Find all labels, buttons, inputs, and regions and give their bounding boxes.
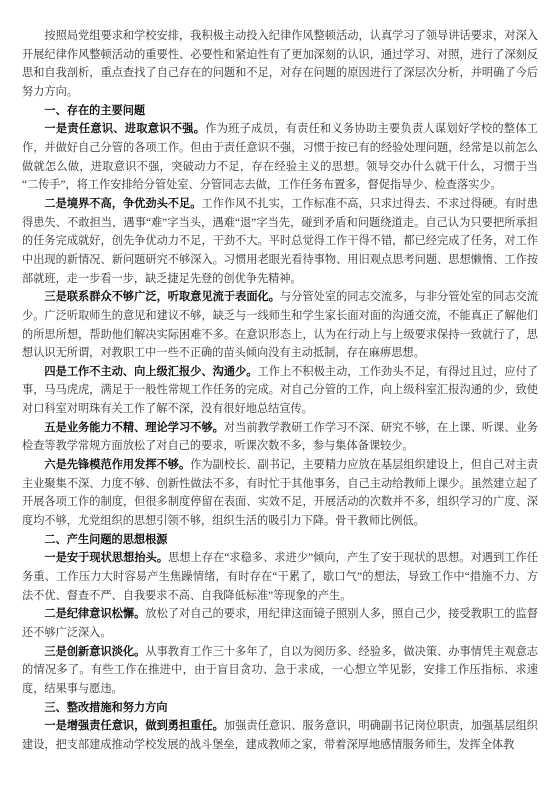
paragraph-lead: 三是联系群众不够广泛，听取意见流于表面化。 bbox=[44, 291, 280, 303]
section-heading: 一、存在的主要问题 bbox=[22, 102, 538, 121]
document-page: 按照局党组要求和学校安排，我积极主动投入纪律作风整顿活动，认真学习了领导讲话要求… bbox=[0, 0, 560, 792]
paragraph-lead: 一是安于现状思想抬头。 bbox=[44, 552, 168, 564]
paragraph: 三是创新意识淡化。从事教育工作三十多年了，自以为阅历多、经验多，做决策、办事情凭… bbox=[22, 643, 538, 699]
section-heading: 二、产生问题的思想根源 bbox=[22, 531, 538, 550]
paragraph: 一是责任意识、进取意识不强。作为班子成员，有责任和义务协助主要负责人谋划好学校的… bbox=[22, 120, 538, 195]
paragraph: 四是工作不主动、向上级汇报少、沟通少。工作上不积极主动，工作劲头不足，有得过且过… bbox=[22, 363, 538, 419]
paragraph-lead: 六是先锋模范作用发挥不够。 bbox=[44, 459, 190, 471]
paragraph: 六是先锋模范作用发挥不够。作为副校长、副书记，主要精力应放在基层组织建设上，但自… bbox=[22, 456, 538, 531]
paragraph: 一是安于现状思想抬头。思想上存在“求稳多、求进少”倾向，产生了安于现状的思想。对… bbox=[22, 549, 538, 605]
paragraph: 二是纪律意识松懈。放松了对自己的要求，用纪律这面镜子照别人多，照自己少，接受教职… bbox=[22, 605, 538, 642]
paragraph-lead: 一是增强责任意识，做到勇担重任。 bbox=[44, 720, 224, 732]
paragraph: 二是境界不高，争优劲头不足。工作作风不扎实，工作标准不高，只求过得去、不求过得硬… bbox=[22, 195, 538, 288]
paragraph-lead: 五是业务能力不精、理论学习不够。 bbox=[44, 422, 224, 434]
paragraph: 五是业务能力不精、理论学习不够。对当前教学教研工作学习不深、研究不够，在上课、听… bbox=[22, 419, 538, 456]
paragraph-lead: 三是创新意识淡化。 bbox=[44, 646, 145, 658]
paragraph-lead: 二是境界不高，争优劲头不足。 bbox=[44, 198, 201, 210]
paragraph: 三是联系群众不够广泛，听取意见流于表面化。与分管处室的同志交流多，与非分管处室的… bbox=[22, 288, 538, 363]
paragraph: 一是增强责任意识，做到勇担重任。加强责任意识、服务意识，明确副书记岗位职责，加强… bbox=[22, 717, 538, 754]
paragraph-text: 工作作风不扎实，工作标准不高，只求过得去、不求过得硬。有时患得患失、不敢担当，遇… bbox=[22, 198, 538, 285]
paragraph-lead: 四是工作不主动、向上级汇报少、沟通少。 bbox=[44, 366, 257, 378]
intro-paragraph: 按照局党组要求和学校安排，我积极主动投入纪律作风整顿活动，认真学习了领导讲话要求… bbox=[22, 27, 538, 102]
document-body: 一、存在的主要问题一是责任意识、进取意识不强。作为班子成员，有责任和义务协助主要… bbox=[22, 102, 538, 755]
paragraph-lead: 一是责任意识、进取意识不强。 bbox=[44, 123, 205, 135]
paragraph-lead: 二是纪律意识松懈。 bbox=[44, 608, 145, 620]
section-heading: 三、整改措施和努力方向 bbox=[22, 699, 538, 718]
